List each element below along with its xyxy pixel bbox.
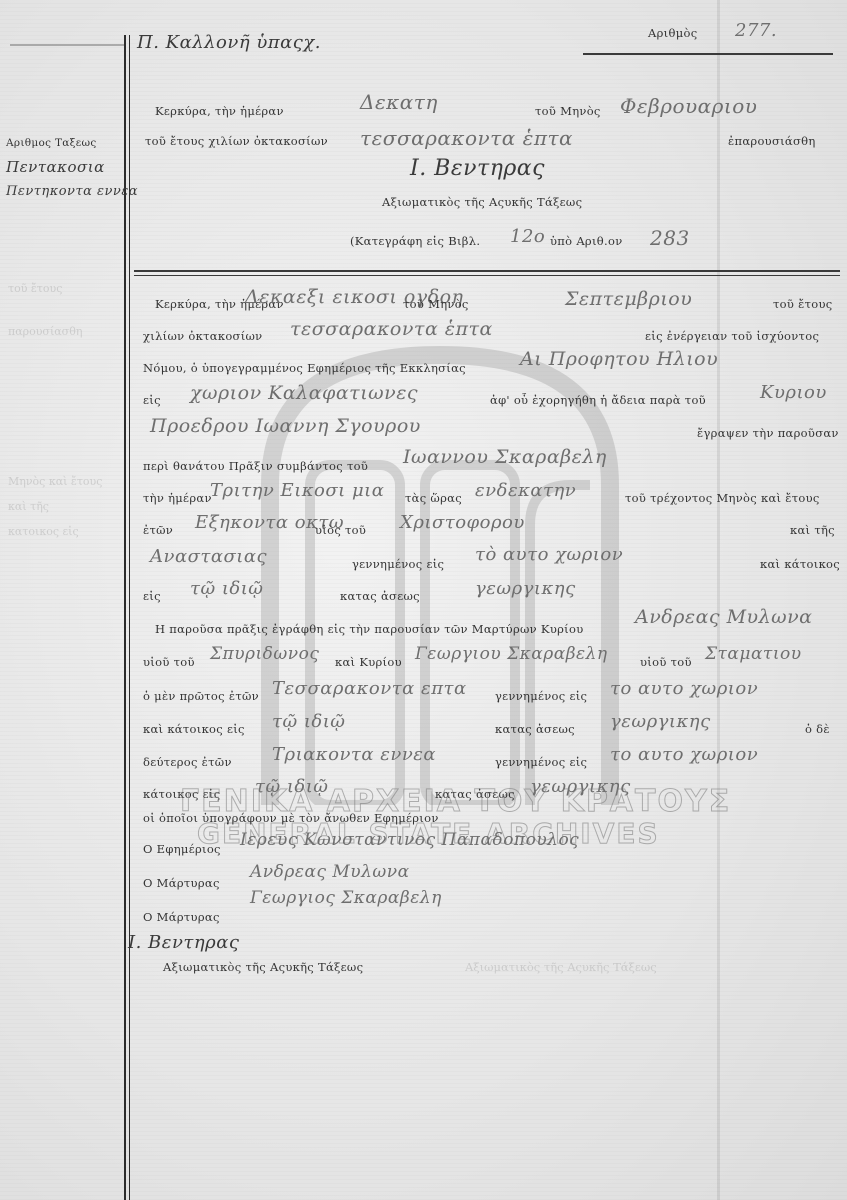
header-officer-title: Αξιωματικὸς τῆς Αςυκῆς Τάξεως bbox=[382, 195, 582, 209]
priest-signature: Ιερευς Κωνσταντινος Παπαδοπουλος bbox=[240, 830, 579, 850]
row7-end: τοῦ τρέχοντος Μηνὸς καὶ ἔτους bbox=[625, 491, 820, 505]
margin-bleed-2: παρουσίασθη bbox=[8, 325, 82, 338]
margin-label: Αριθμος Ταξεως bbox=[6, 137, 97, 149]
header-line2-label: τοῦ ἔτους χιλίων ὀκτακοσίων bbox=[145, 134, 328, 148]
header-presented: ἐπαρουσιάσθη bbox=[728, 134, 816, 148]
row10-occupation: γεωργικης bbox=[475, 578, 576, 599]
record-number-label: Αριθμὸς bbox=[648, 26, 697, 40]
margin-bleed-4: καὶ τῆς bbox=[8, 500, 49, 513]
w1-occupation-label: κατας ἀσεως bbox=[495, 722, 575, 736]
w1-occupation: γεωργικης bbox=[610, 711, 711, 732]
w2-label: καὶ Κυρίου bbox=[335, 655, 402, 669]
w2-born-label: γεννημένος εἰς bbox=[495, 755, 587, 769]
margin-rule-left bbox=[124, 35, 126, 1200]
w1-age-label: ὁ μὲν πρῶτος ἐτῶν bbox=[143, 689, 259, 703]
record-number-value: 277. bbox=[735, 20, 777, 41]
row4-label: εἰς bbox=[143, 393, 161, 407]
w1-residence: τῷ ιδιῷ bbox=[272, 711, 346, 732]
witness1-signature: Ανδρεας Μυλωνα bbox=[250, 862, 410, 882]
w2-intro: ὁ δὲ bbox=[805, 722, 830, 736]
w1-father: Σπυριδωνος bbox=[210, 644, 319, 664]
row10-occupation-label: κατας ἀσεως bbox=[340, 589, 420, 603]
register-book: 12ο bbox=[510, 226, 545, 247]
row5-wrote: ἔγραψεν τὴν παροῦσαν bbox=[697, 426, 839, 440]
closing-statement: οἱ ὁποῖοι ὑπογράφουν μὲ τὸν ἄνωθεν Εφημέ… bbox=[143, 811, 439, 825]
margin-bleed-5: κατοικος εἰς bbox=[8, 525, 79, 538]
fold-line bbox=[717, 0, 720, 1200]
header-month-label: τοῦ Μηνὸς bbox=[535, 104, 601, 118]
w1-age: Τεσσαρακοντα επτα bbox=[272, 678, 467, 699]
header-month: Φεβρουαριου bbox=[620, 94, 757, 118]
row9-resident: καὶ κάτοικος bbox=[760, 557, 840, 571]
w2-age-label: δεύτερος ἐτῶν bbox=[143, 755, 232, 769]
row4-village: χωριον Καλαφατιωνες bbox=[190, 382, 418, 404]
margin-top-rule bbox=[10, 44, 124, 46]
row1-month-label: τοῦ Μηνὸς bbox=[403, 297, 469, 311]
witness1-role: Ο Μάρτυρας bbox=[143, 876, 220, 890]
row4-authority: Κυριου bbox=[760, 382, 827, 403]
register-num: 283 bbox=[650, 226, 690, 250]
w2-name: Γεωργιου Σκαραβελη bbox=[415, 644, 608, 664]
document-page: Αριθμος Ταξεως Πεντακοσια Πεντηκοντα ενν… bbox=[0, 0, 847, 1200]
header-number-rule bbox=[583, 53, 833, 55]
row6-deceased: Ιωαννου Σκαραβελη bbox=[403, 446, 607, 468]
row9-mother: Αναστασιας bbox=[150, 546, 267, 567]
header-title: Π. Καλλονῆ ὑπαςχ. bbox=[137, 32, 321, 53]
row9-born-label: γεννημένος εἰς bbox=[352, 557, 444, 571]
w1-birthplace: το αυτο χωριον bbox=[610, 678, 758, 699]
w2-birthplace: το αυτο χωριον bbox=[610, 744, 758, 765]
header-line1-label: Κερκύρα, τὴν ἡμέραν bbox=[155, 104, 284, 118]
row2-year: τεσσαρακοντα ἑπτα bbox=[290, 318, 493, 340]
row9-birthplace: τὸ αυτο χωριον bbox=[475, 544, 623, 565]
row8-label: ἐτῶν bbox=[143, 523, 173, 537]
row7-date: Τριτην Εικοσι μια bbox=[210, 480, 384, 501]
margin-value-2: Πεντηκοντα εννεα bbox=[6, 184, 138, 199]
margin-rule-right bbox=[129, 35, 130, 1200]
row5-president: Προεδρου Ιωαννη Σγουρου bbox=[150, 415, 421, 437]
row7-hour: ενδεκατην bbox=[475, 480, 576, 501]
row3-church: Αι Προφητου Ηλιου bbox=[520, 348, 718, 370]
witness2-signature: Γεωργιος Σκαραβελη bbox=[250, 888, 442, 908]
row8-father: Χριστοφορου bbox=[400, 512, 525, 533]
row8-son-of: υἱὸς τοῦ bbox=[315, 523, 366, 537]
header-day: Δεκατη bbox=[360, 90, 438, 114]
header-year: τεσσαρακοντα ἑπτα bbox=[360, 126, 573, 150]
row10-place: τῷ ιδιῷ bbox=[190, 578, 264, 599]
header-signature: Ι. Βεντηρας bbox=[410, 156, 545, 181]
w2-age: Τριακοντα εννεα bbox=[272, 744, 436, 765]
w1-son-label: υἱοῦ τοῦ bbox=[143, 655, 195, 669]
witness2-role: Ο Μάρτυρας bbox=[143, 910, 220, 924]
register-label: (Κατεγράφη εἰς Βιβλ. bbox=[350, 234, 480, 248]
officer-signature: Ι. Βεντηρας bbox=[128, 932, 239, 953]
row4-permit: ἀφ' οὗ ἐχορηγήθη ἡ ἄδεια παρὰ τοῦ bbox=[490, 393, 706, 407]
priest-role: Ο Εφημέριος bbox=[143, 842, 221, 856]
witness-intro: Η παροῦσα πρᾶξις ἐγράφθη εἰς τὴν παρουσί… bbox=[155, 622, 584, 636]
row8-and: καὶ τῆς bbox=[790, 523, 835, 537]
margin-value-1: Πεντακοσια bbox=[6, 158, 105, 176]
row1-month: Σεπτεμβριου bbox=[565, 288, 692, 310]
row6-label: περὶ θανάτου Πρᾶξιν συμβάντος τοῦ bbox=[143, 459, 368, 473]
row7-hours-label: τὰς ὥρας bbox=[405, 491, 462, 505]
w1-born-label: γεννημένος εἰς bbox=[495, 689, 587, 703]
w2-son-label: υἱοῦ τοῦ bbox=[640, 655, 692, 669]
row1-year-label: τοῦ ἔτους bbox=[773, 297, 833, 311]
section-rule-top bbox=[134, 270, 840, 272]
margin-bleed-1: τοῦ ἔτους bbox=[8, 282, 62, 295]
w1-resident-label: καὶ κάτοικος εἰς bbox=[143, 722, 245, 736]
w2-father: Σταματιου bbox=[705, 644, 802, 664]
row2-label: χιλίων ὀκτακοσίων bbox=[143, 329, 262, 343]
row3-label: Νόμου, ὁ ὑπογεγραμμένος Εφημέριος τῆς Εκ… bbox=[143, 361, 466, 375]
row2-end: εἰς ἐνέργειαν τοῦ ἰσχύοντος bbox=[645, 329, 819, 343]
witness1-name: Ανδρεας Μυλωνα bbox=[635, 606, 813, 628]
section-rule-bottom bbox=[134, 275, 840, 276]
margin-bleed-3: Μηνὸς καὶ ἔτους bbox=[8, 475, 102, 488]
bleed-through-officer: Αξιωματικὸς τῆς Αςυκῆς Τάξεως bbox=[465, 960, 657, 974]
row7-label: τὴν ἡμέραν bbox=[143, 491, 212, 505]
row10-label: εἰς bbox=[143, 589, 161, 603]
register-num-label: ὑπὸ Αριθ.ον bbox=[550, 234, 623, 248]
officer-title: Αξιωματικὸς τῆς Αςυκῆς Τάξεως bbox=[163, 960, 363, 974]
